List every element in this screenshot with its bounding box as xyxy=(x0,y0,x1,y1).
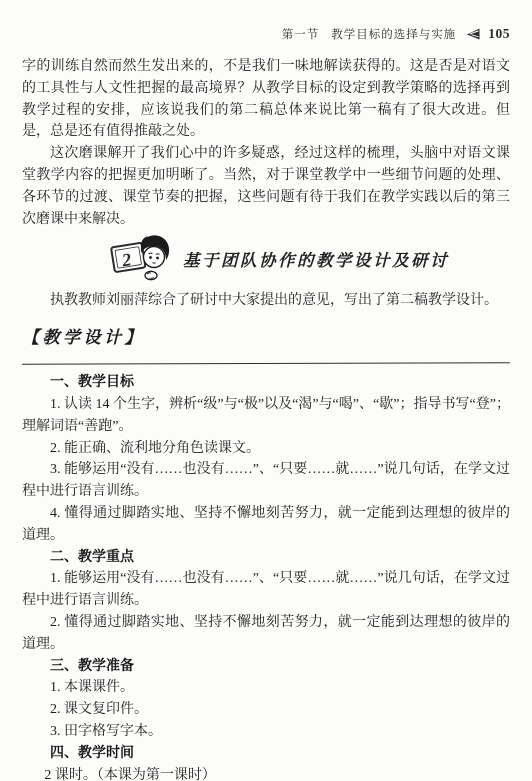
paragraph-continued: 字的训练自然而然生发出来的，不是我们一味地解读获得的。这是否是对语文的工具性与人… xyxy=(22,56,510,143)
section-number-label: 第一节 xyxy=(282,26,320,42)
running-head: 第一节 教学目标的选择与实施 105 xyxy=(22,26,510,42)
design-item: 2 课时。（本课为第一课时） xyxy=(22,765,510,781)
book-page: 第一节 教学目标的选择与实施 105 字的训练自然而然生发出来的，不是我们一味地… xyxy=(0,0,532,781)
page-number: 105 xyxy=(488,26,510,42)
design-item: 3. 田字格写字本。 xyxy=(22,721,510,743)
section-divider-rule xyxy=(22,362,510,365)
design-plan-label: 【教学设计】 xyxy=(22,323,510,348)
mascot-section-title: 基于团队协作的教学设计及研讨 xyxy=(183,247,449,271)
design-section-goals: 一、教学目标 1. 认读 14 个生字，辨析“级”与“极”以及“渴”与“喝”、“… xyxy=(22,372,510,546)
design-item: 1. 能够运用“没有……也没有……”、“只要……就……”说几句话，在学文过程中进… xyxy=(22,568,510,612)
design-item: 2. 懂得通过脚踏实地、坚持不懈地刻苦努力，就一定能到达理想的彼岸的道理。 xyxy=(22,612,510,656)
section-title-label: 教学目标的选择与实施 xyxy=(331,26,456,42)
design-item: 1. 本课课件。 xyxy=(22,677,510,699)
design-item: 2. 课文复印件。 xyxy=(22,699,510,721)
design-item: 3. 能够运用“没有……也没有……”、“只要……就……”说几句话，在学文过程中进… xyxy=(22,459,510,503)
paper-plane-left-icon xyxy=(466,28,481,40)
design-item: 2. 能正确、流利地分角色读课文。 xyxy=(22,438,510,460)
design-plan: 一、教学目标 1. 认读 14 个生字，辨析“级”与“极”以及“渴”与“喝”、“… xyxy=(22,372,510,781)
cartoon-student-with-number-sign-icon: 2 xyxy=(110,234,174,284)
design-section-heading: 四、教学时间 xyxy=(22,743,510,765)
mascot-section-heading: 2 基于团队协作的教学设计及研讨 xyxy=(110,235,510,283)
design-section-heading: 一、教学目标 xyxy=(22,372,510,394)
design-section-preparation: 三、教学准备 1. 本课课件。 2. 课文复印件。 3. 田字格写字本。 xyxy=(22,656,510,743)
paragraph-second: 这次磨课解开了我们心中的许多疑惑，经过这样的梳理，头脑中对语文课堂教学内容的把握… xyxy=(22,143,510,230)
design-section-time: 四、教学时间 2 课时。（本课为第一课时） xyxy=(22,743,510,781)
design-section-key-points: 二、教学重点 1. 能够运用“没有……也没有……”、“只要……就……”说几句话，… xyxy=(22,547,510,656)
design-section-heading: 三、教学准备 xyxy=(22,656,510,678)
design-section-heading: 二、教学重点 xyxy=(22,547,510,569)
design-item: 1. 认读 14 个生字，辨析“级”与“极”以及“渴”与“喝”、“歇”；指导书写… xyxy=(22,394,510,438)
design-item: 4. 懂得通过脚踏实地、坚持不懈地刻苦努力，就一定能到达理想的彼岸的道理。 xyxy=(22,503,510,547)
paragraph-intro-design: 执教教师刘丽萍综合了研讨中大家提出的意见，写出了第二稿教学设计。 xyxy=(22,290,510,312)
